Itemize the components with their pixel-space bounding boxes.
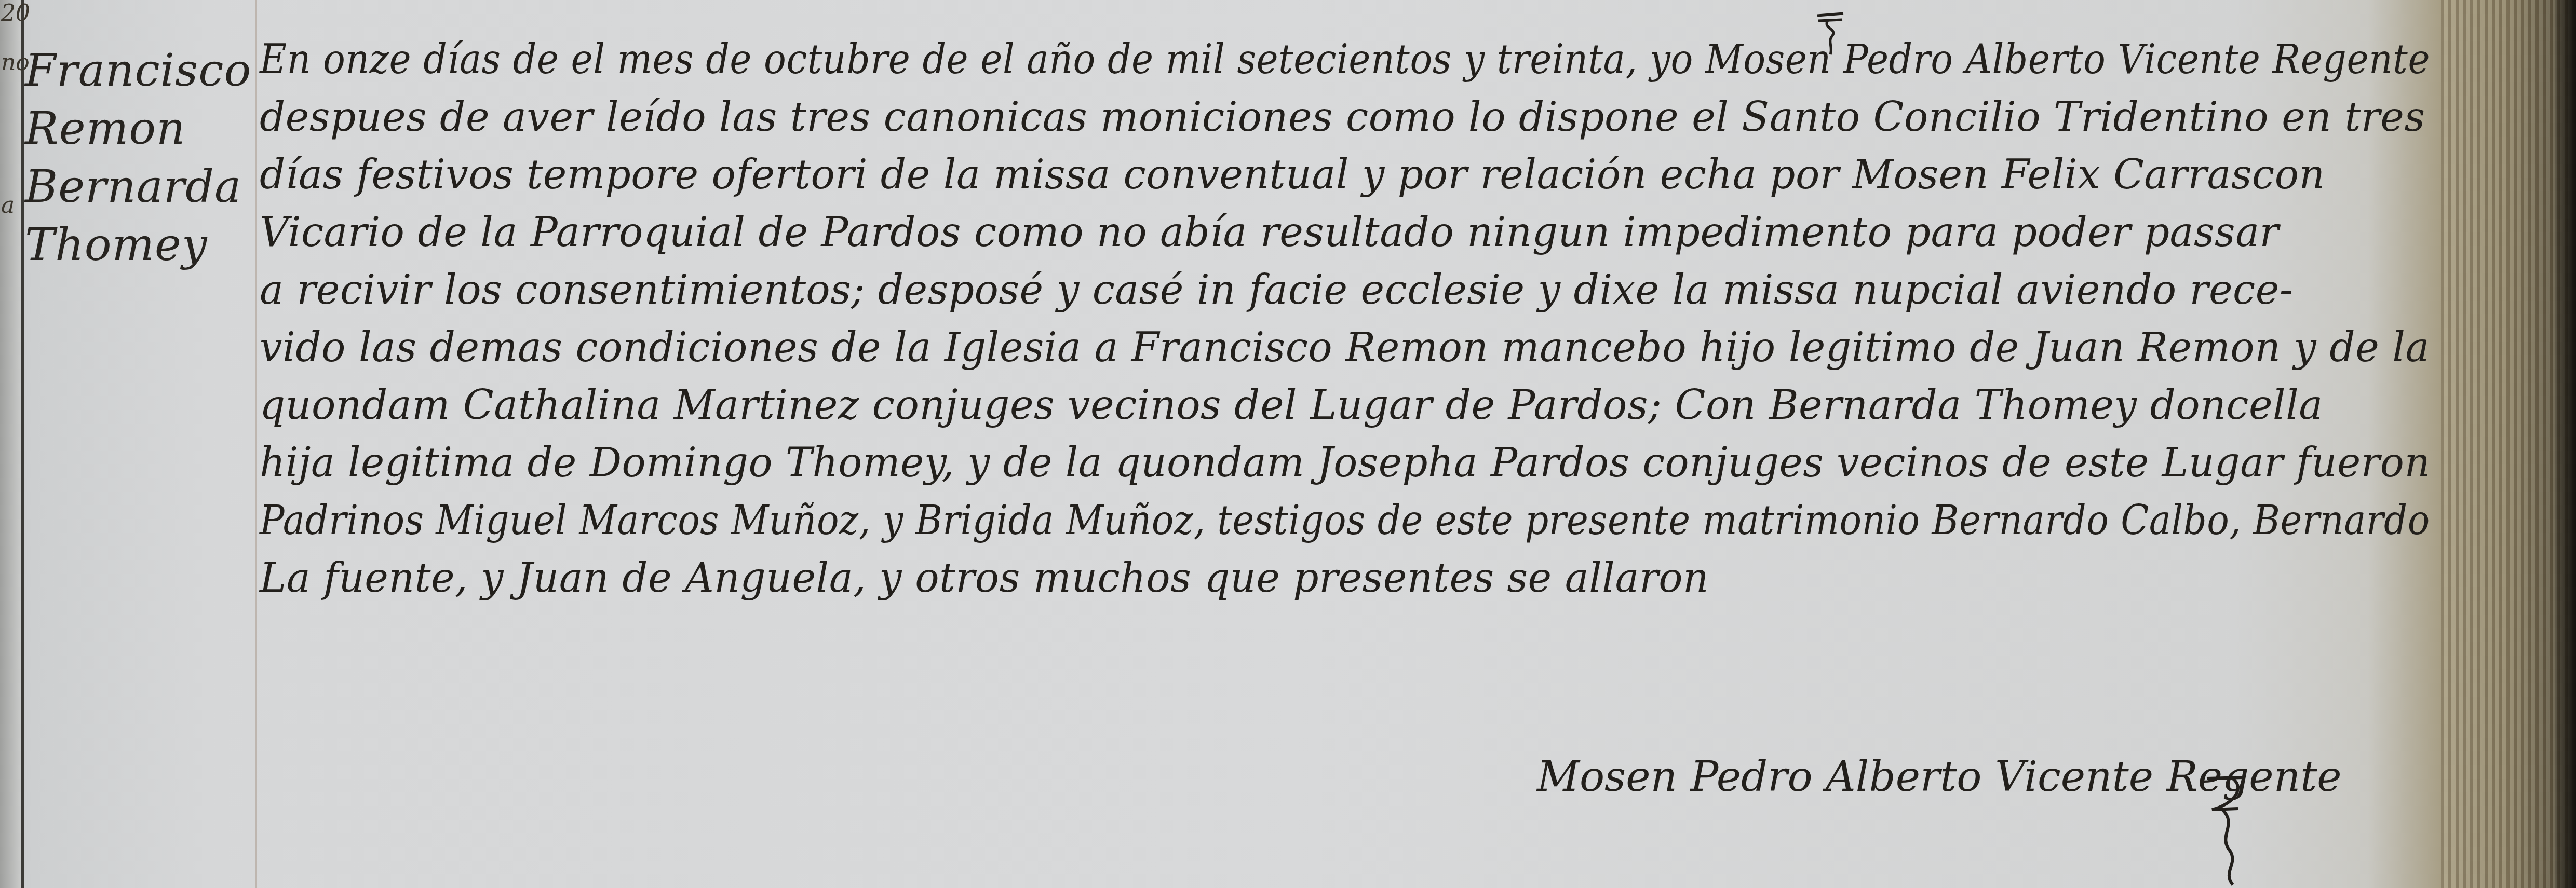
signature-rubric-icon [2202,768,2248,887]
facing-page-fragment: a [1,192,15,218]
record-line: a recivir los consentimientos; desposé y… [260,262,2430,319]
record-line: quondam Cathalina Martinez conjuges veci… [260,377,2430,434]
margin-note-names: Francisco Remon Bernarda Thomey [25,42,253,274]
record-line: despues de aver leído las tres canonicas… [260,89,2430,146]
record-line: hija legitima de Domingo Thomey, y de la… [260,434,2416,492]
record-line: días festivos tempore ofertori de la mis… [260,146,2430,204]
record-line: Padrinos Miguel Marcos Muñoz, y Brigida … [260,492,2251,550]
record-line: En onze días de el mes de octubre de el … [260,31,2266,89]
manuscript-page: 20 no a Francisco Remon Bernarda Thomey … [0,0,2576,888]
record-line: Vicario de la Parroquial de Pardos como … [260,204,2430,262]
margin-note-line: Thomey [25,216,253,274]
margin-rule-line [255,0,257,888]
book-binding-shadow [2555,0,2576,888]
margin-note-line: Remon [25,100,253,158]
margin-note-line: Francisco [25,42,253,100]
record-line: vido las demas condiciones de la Iglesia… [260,319,2430,377]
facing-page-edge: 20 no a [0,0,24,888]
record-line: La fuente, y Juan de Anguela, y otros mu… [260,550,2430,607]
margin-note-line: Bernarda [25,158,253,216]
record-body: En onze días de el mes de octubre de el … [260,31,2456,607]
facing-page-fragment: 20 [1,0,30,26]
